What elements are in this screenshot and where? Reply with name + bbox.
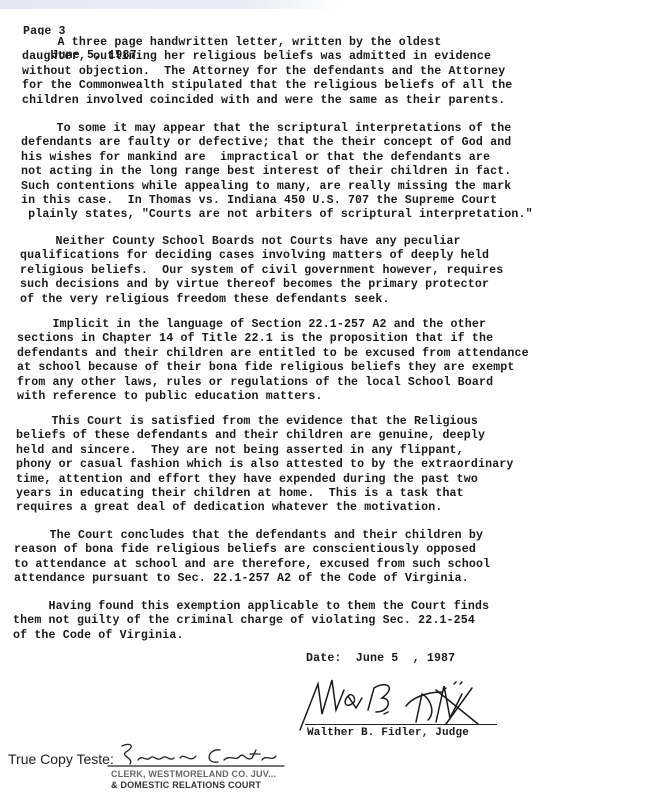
text-line: requires a great deal of dedication what…	[16, 501, 514, 515]
text-line: beliefs of these defendants and their ch…	[16, 429, 514, 443]
judge-name: Walther B. Fidler, Judge	[307, 726, 469, 740]
text-line: at school because of their bona fide rel…	[17, 361, 529, 375]
text-line: This Court is satisfied from the evidenc…	[16, 415, 514, 429]
text-line: them not guilty of the criminal charge o…	[13, 614, 489, 628]
text-line: children involved coincided with and wer…	[22, 94, 512, 108]
text-line: held and sincere. They are not being ass…	[16, 444, 514, 458]
text-line: to attendance at school and are therefor…	[14, 558, 490, 572]
text-line: attendance pursuant to Sec. 22.1-257 A2 …	[14, 572, 490, 586]
text-line: of the very religious freedom these defe…	[20, 293, 503, 307]
text-line: Implicit in the language of Section 22.1…	[17, 318, 529, 332]
signature-date: Date: June 5 , 1987	[306, 652, 455, 666]
text-line: for the Commonwealth stipulated that the…	[22, 79, 512, 93]
text-line: without objection. The Attorney for the …	[22, 65, 512, 79]
signature-line	[305, 724, 497, 725]
text-line: defendants are faulty or defective; that…	[21, 136, 533, 150]
text-line: phony or casual fashion which is also at…	[16, 458, 514, 472]
paragraph-court-concludes: The Court concludes that the defendants …	[14, 529, 490, 587]
text-line: of the Code of Virginia.	[13, 629, 489, 643]
date-value: June 5 , 1987	[356, 652, 456, 665]
page-label: Page 3	[23, 25, 137, 35]
paragraph-not-guilty: Having found this exemption applicable t…	[13, 600, 489, 643]
text-line: from any other laws, rules or regulation…	[17, 376, 529, 390]
text-line: in this case. In Thomas vs. Indiana 450 …	[21, 194, 533, 208]
text-line: religious beliefs. Our system of civil g…	[20, 264, 503, 278]
text-line: defendants and their children are entitl…	[17, 347, 529, 361]
text-line: Having found this exemption applicable t…	[13, 600, 489, 614]
text-line: sections in Chapter 14 of Title 22.1 is …	[17, 332, 529, 346]
clerk-title-line2: & DOMESTIC RELATIONS COURT	[111, 780, 261, 790]
text-line: with reference to public education matte…	[17, 390, 529, 404]
text-line: The Court concludes that the defendants …	[14, 529, 490, 543]
text-line: reason of bona fide religious beliefs ar…	[14, 543, 490, 557]
text-line: daughter, outlining her religious belief…	[22, 50, 512, 64]
text-line: Neither County School Boards not Courts …	[20, 235, 503, 249]
text-line: such decisions and by virtue thereof bec…	[20, 278, 503, 292]
text-line: not acting in the long range best intere…	[21, 165, 533, 179]
paragraph-court-satisfied: This Court is satisfied from the evidenc…	[16, 415, 514, 516]
clerk-signature	[100, 740, 290, 770]
text-line: plainly states, "Courts are not arbiters…	[21, 208, 533, 222]
text-line: time, attention and effort they have exp…	[16, 473, 514, 487]
text-line: his wishes for mankind are impractical o…	[21, 151, 533, 165]
text-line: years in educating their children at hom…	[16, 487, 514, 501]
date-label: Date:	[306, 652, 342, 665]
court-document-page: Page 3 June 5, 1987 A three page handwri…	[0, 0, 650, 797]
text-line: A three page handwritten letter, written…	[22, 36, 512, 50]
text-line: qualifications for deciding cases involv…	[20, 249, 503, 263]
text-line: Such contentions while appealing to many…	[21, 180, 533, 194]
text-line: To some it may appear that the scriptura…	[21, 122, 533, 136]
clerk-title-line1: CLERK, WESTMORELAND CO. JUV...	[111, 769, 276, 779]
true-copy-label: True Copy Teste:	[8, 751, 114, 767]
paragraph-school-boards: Neither County School Boards not Courts …	[20, 235, 503, 307]
paragraph-scriptural-interpretation: To some it may appear that the scriptura…	[21, 122, 533, 223]
paragraph-section-22-1-257: Implicit in the language of Section 22.1…	[17, 318, 529, 404]
paragraph-letter-evidence: A three page handwritten letter, written…	[22, 36, 512, 108]
